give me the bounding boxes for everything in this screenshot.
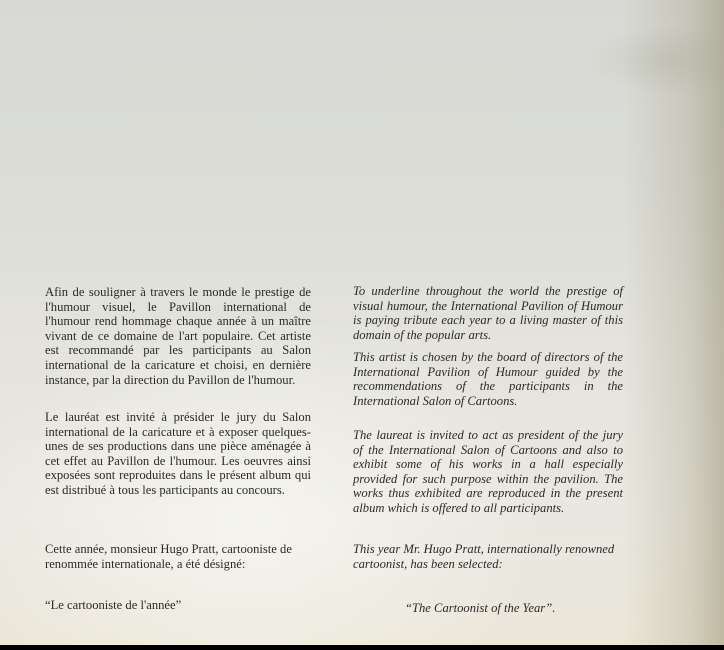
english-paragraph-2: This artist is chosen by the board of di… [353, 350, 623, 408]
french-title-quote: “Le cartooniste de l'année” [45, 598, 181, 613]
english-paragraph-3-text: The laureat is invited to act as preside… [353, 428, 623, 516]
french-paragraph-3-text: Cette année, monsieur Hugo Pratt, cartoo… [45, 542, 311, 571]
english-title-quote: “The Cartoonist of the Year”. [405, 601, 555, 616]
french-paragraph-2: Le lauréat est invité à présider le jury… [45, 410, 311, 498]
document-page: Afin de souligner à travers le monde le … [0, 0, 724, 645]
french-paragraph-3: Cette année, monsieur Hugo Pratt, cartoo… [45, 542, 311, 571]
english-paragraph-1: To underline throughout the world the pr… [353, 284, 623, 342]
english-paragraph-3: The laureat is invited to act as preside… [353, 428, 623, 516]
english-paragraph-1-text: To underline throughout the world the pr… [353, 284, 623, 342]
french-paragraph-1: Afin de souligner à travers le monde le … [45, 285, 311, 387]
english-paragraph-2-text: This artist is chosen by the board of di… [353, 350, 623, 408]
english-paragraph-4-text: This year Mr. Hugo Pratt, internationall… [353, 542, 623, 571]
french-paragraph-1-text: Afin de souligner à travers le monde le … [45, 285, 311, 387]
french-paragraph-2-text: Le lauréat est invité à présider le jury… [45, 410, 311, 498]
paper-crease [540, 0, 724, 130]
english-paragraph-4: This year Mr. Hugo Pratt, internationall… [353, 542, 623, 571]
